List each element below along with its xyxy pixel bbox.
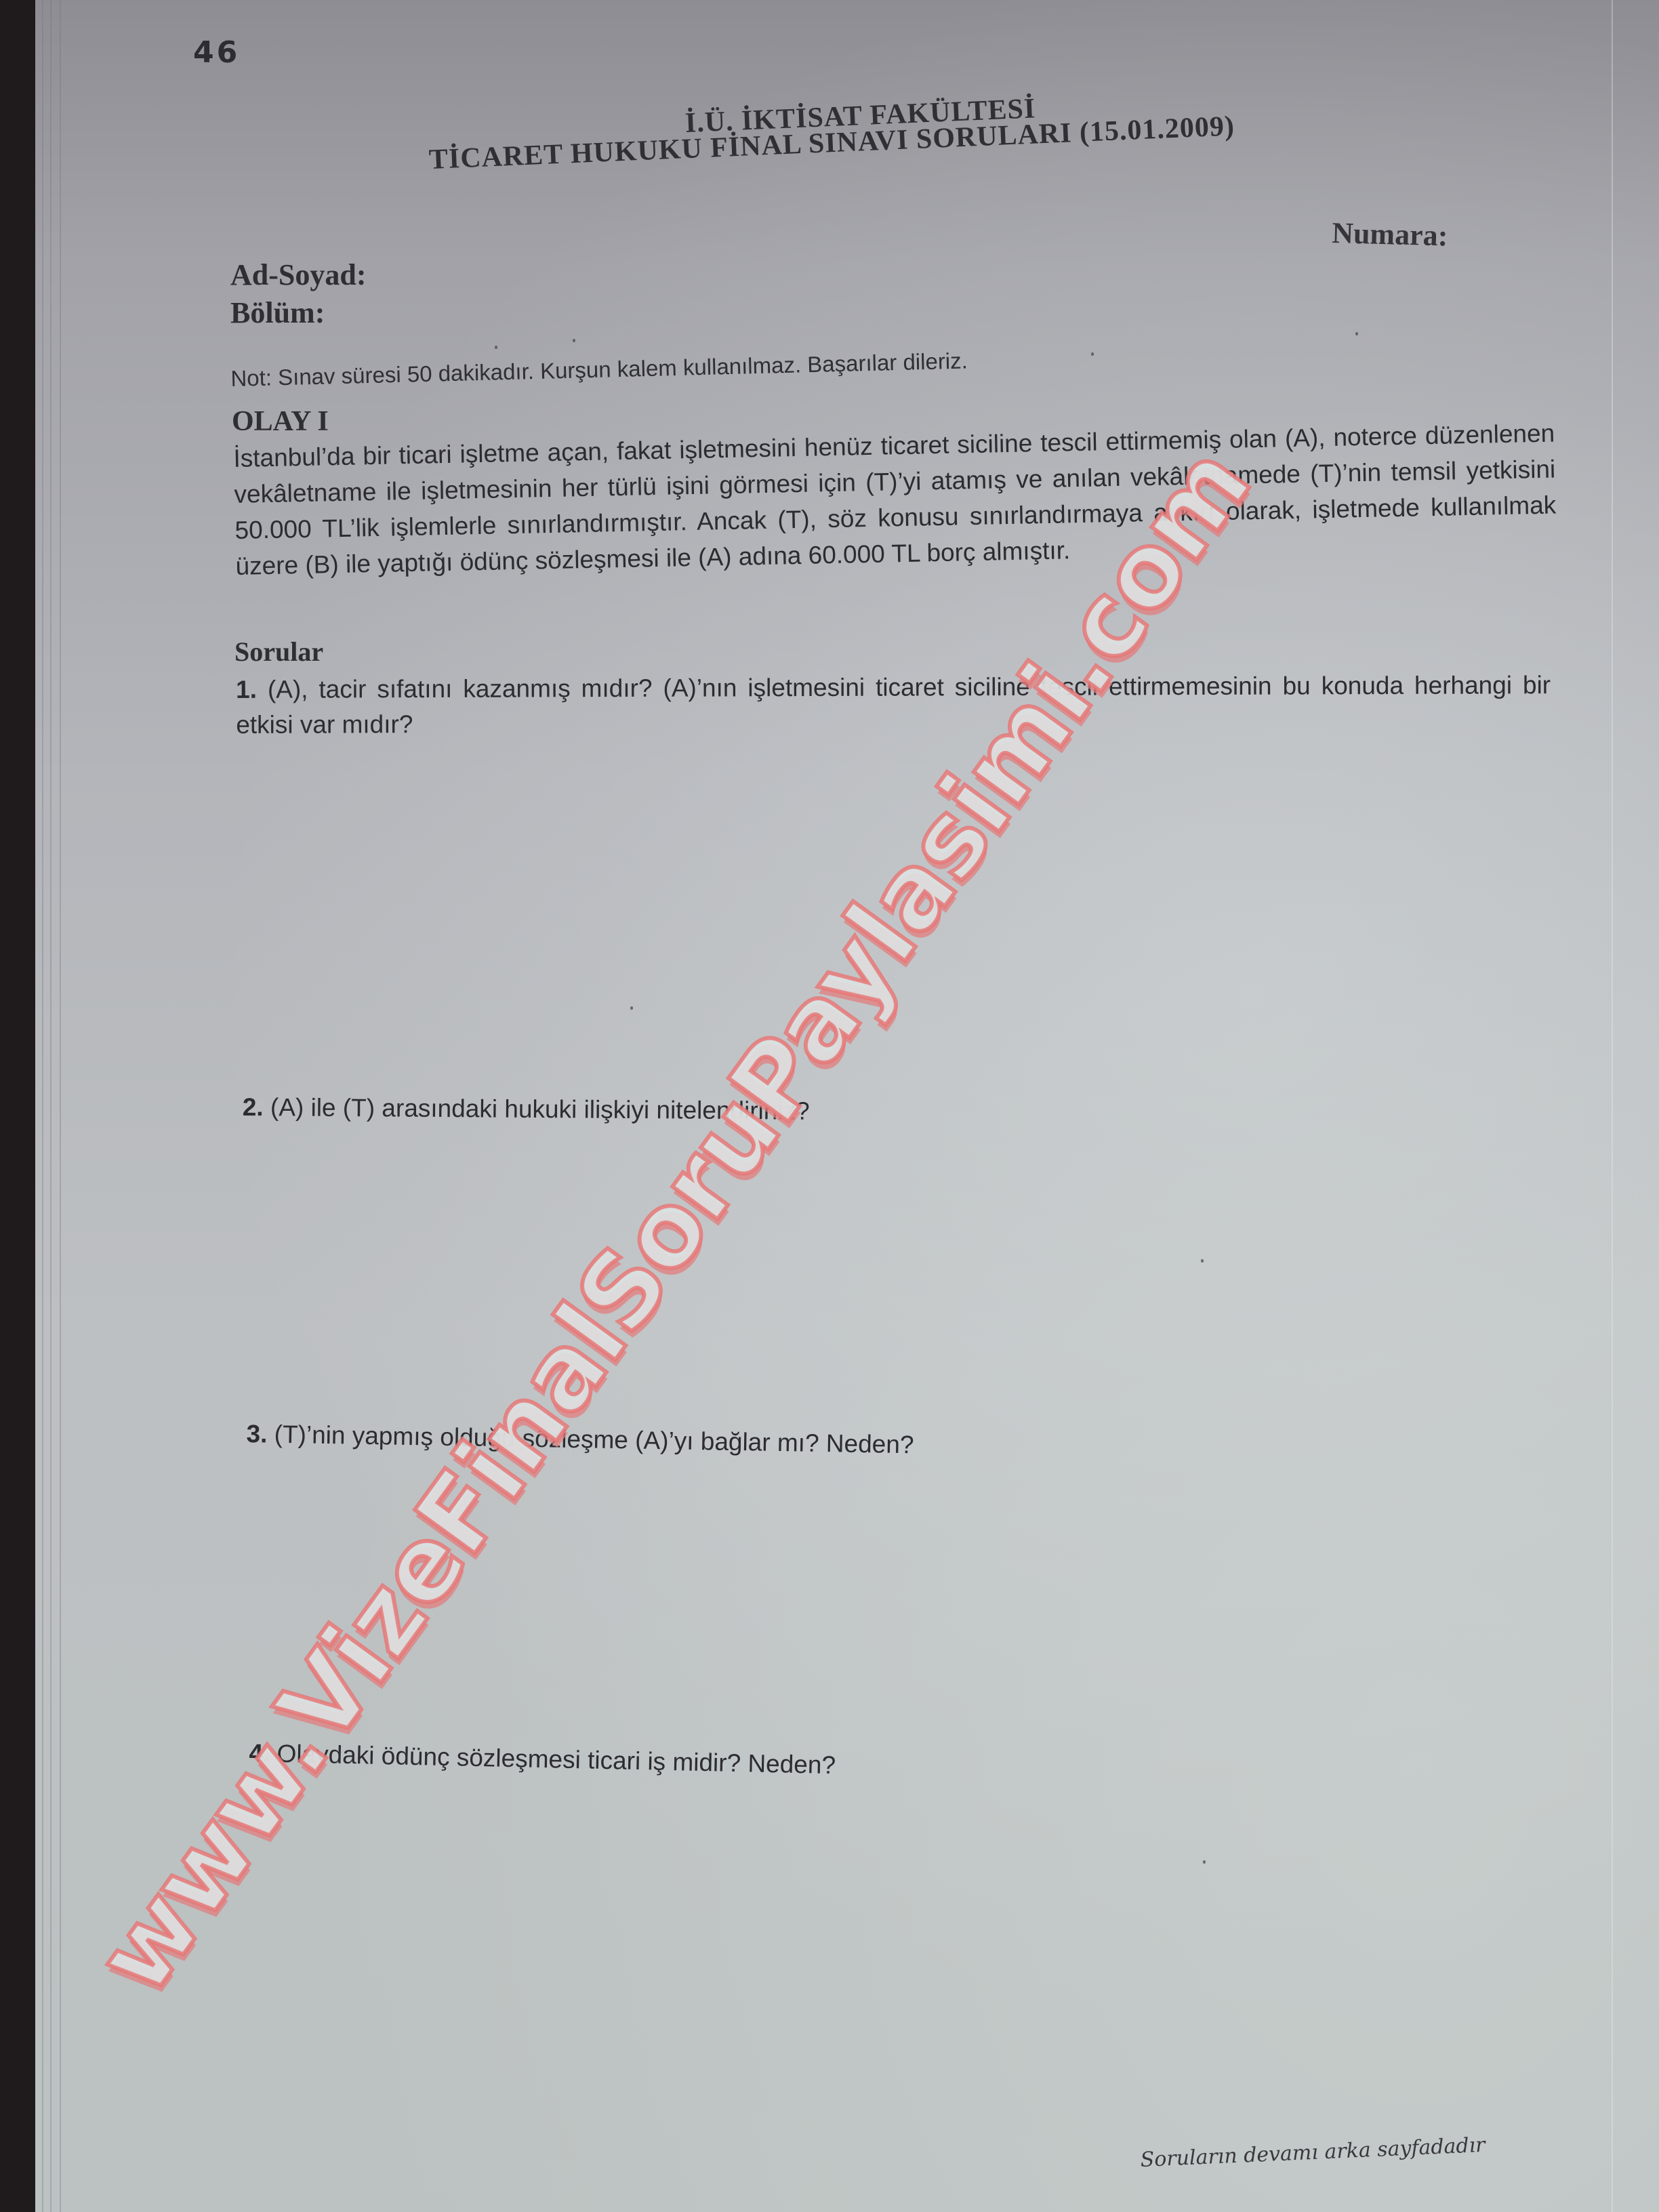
question-text: (T)’nin yapmış olduğu sözleşme (A)’yı ba… [274, 1420, 914, 1459]
print-speck [573, 339, 575, 342]
page-stack-edge [60, 0, 61, 2212]
case-text: İstanbul’da bir ticari işletme açan, fak… [233, 415, 1557, 584]
question-1: 1. (A), tacir sıfatını kazanmış mıdır? (… [236, 668, 1551, 743]
print-speck [630, 1006, 633, 1010]
question-2: 2. (A) ile (T) arasındaki hukuki ilişkiy… [243, 1090, 810, 1129]
page-stack-edge [42, 0, 43, 2212]
print-speck [1203, 1860, 1206, 1864]
student-number-label: Numara: [1332, 216, 1448, 253]
question-number: 1. [236, 676, 257, 703]
print-speck [1355, 332, 1358, 335]
question-number: 3. [246, 1420, 268, 1448]
print-speck [495, 346, 497, 349]
question-text: (A) ile (T) arasındaki hukuki ilişkiyi n… [270, 1093, 810, 1125]
question-number: 4. [249, 1739, 270, 1767]
department-label: Bölüm: [230, 295, 325, 330]
questions-heading: Sorular [234, 636, 323, 668]
print-speck [1091, 352, 1094, 356]
page-stack-edge [50, 0, 52, 2212]
page-number: 46 [193, 35, 240, 70]
question-text: Olaydaki ödünç sözleşmesi ticari iş midi… [276, 1740, 836, 1779]
print-speck [1201, 1259, 1204, 1263]
case-heading: OLAY I [232, 405, 329, 438]
question-number: 2. [243, 1093, 264, 1121]
student-name-label: Ad-Soyad: [230, 258, 367, 292]
page-stack-edge [1612, 0, 1613, 2212]
question-text: (A), tacir sıfatını kazanmış mıdır? (A)’… [236, 671, 1551, 739]
